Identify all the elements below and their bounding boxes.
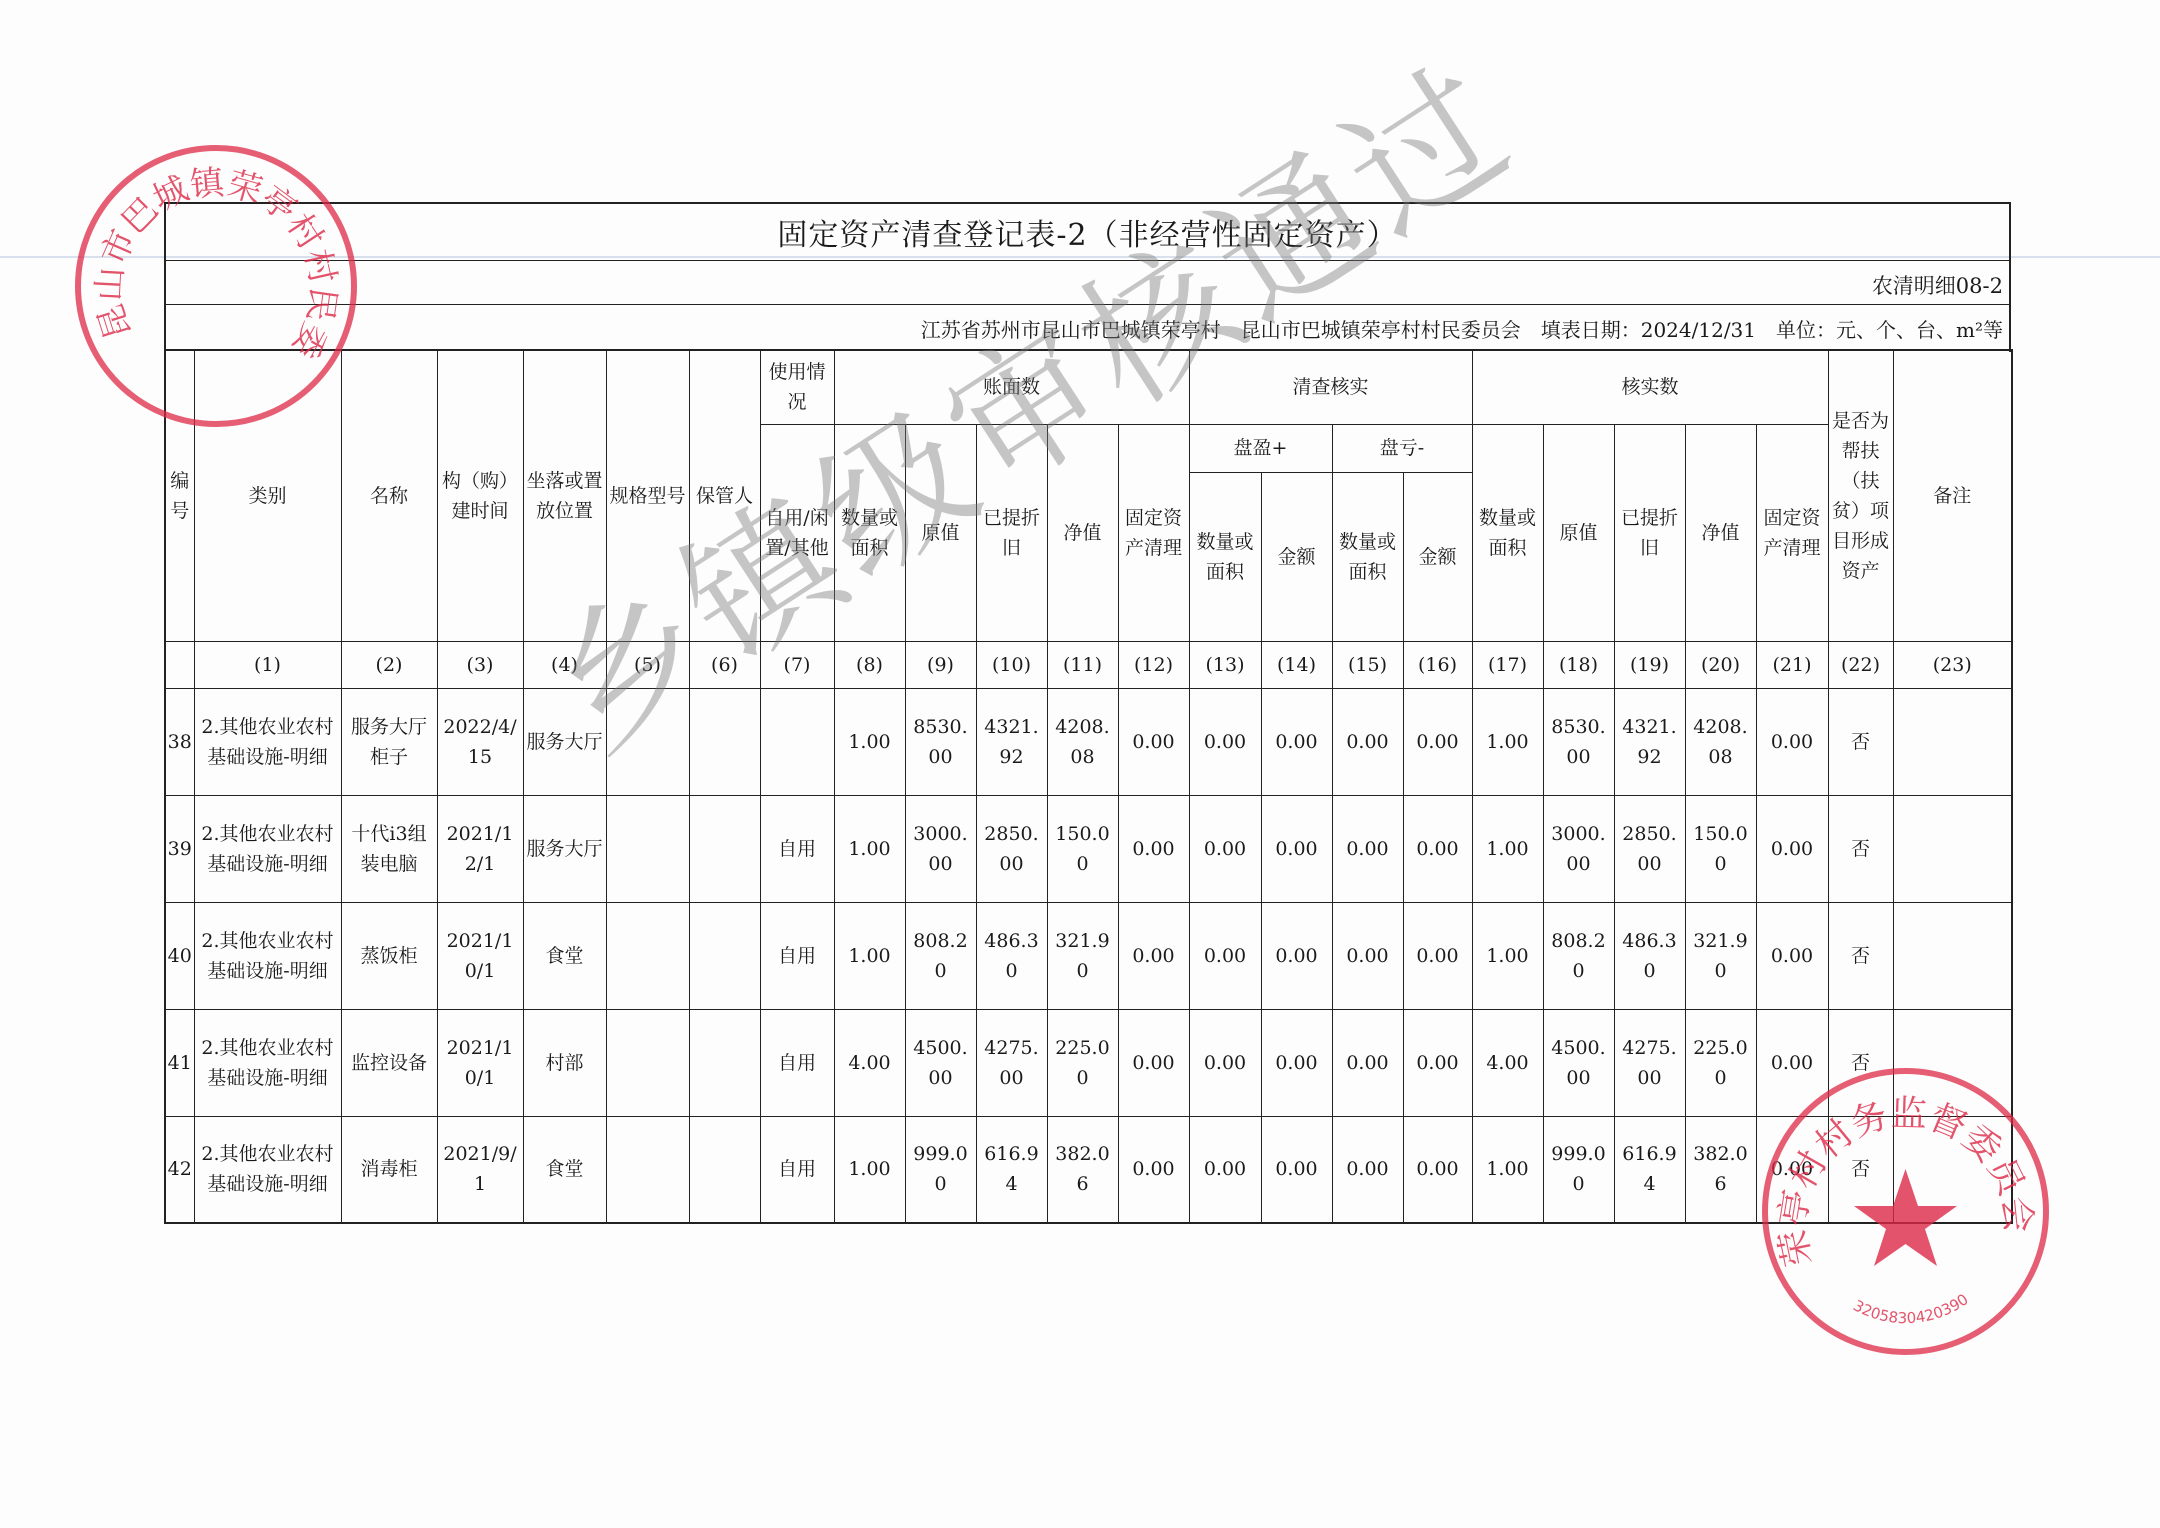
- cell-ver-clear: 0.00: [1756, 902, 1828, 1009]
- form-meta: 江苏省苏州市昆山市巴城镇荣亭村 昆山市巴城镇荣亭村村民委员会 填表日期：2024…: [164, 305, 2011, 352]
- cell-category: 2.其他农业农村基础设施-明细: [194, 795, 341, 902]
- cell-ver-clear: 0.00: [1756, 688, 1828, 795]
- cell-usage: 自用: [760, 902, 834, 1009]
- header-loss-amount: 金额: [1403, 472, 1472, 641]
- cell-book-original: 4500.00: [905, 1009, 976, 1116]
- cell-book-qty: 1.00: [834, 1116, 905, 1223]
- cell-keeper: [689, 1116, 760, 1223]
- table-row: 402.其他农业农村基础设施-明细蒸饭柜2021/10/1食堂自用1.00808…: [165, 902, 2012, 1009]
- cell-loss-qty: 0.00: [1332, 795, 1403, 902]
- column-number: (5): [606, 641, 689, 688]
- cell-ver-net: 4208.08: [1685, 688, 1756, 795]
- cell-spec: [606, 902, 689, 1009]
- cell-book-original: 999.00: [905, 1116, 976, 1223]
- cell-no: 41: [165, 1009, 194, 1116]
- column-number: (23): [1893, 641, 2012, 688]
- cell-poverty: 否: [1828, 1116, 1893, 1223]
- column-number: (10): [976, 641, 1047, 688]
- unit-label: 单位：元、个、台、m²等: [1776, 314, 2003, 343]
- column-number-blank: [165, 641, 194, 688]
- cell-book-depr: 4321.92: [976, 688, 1047, 795]
- cell-no: 42: [165, 1116, 194, 1223]
- cell-loss-amt: 0.00: [1403, 1009, 1472, 1116]
- cell-book-qty: 1.00: [834, 902, 905, 1009]
- cell-loss-amt: 0.00: [1403, 902, 1472, 1009]
- cell-gain-qty: 0.00: [1189, 688, 1261, 795]
- cell-no: 38: [165, 688, 194, 795]
- cell-category: 2.其他农业农村基础设施-明细: [194, 1009, 341, 1116]
- cell-build-time: 2021/9/1: [437, 1116, 523, 1223]
- cell-usage: 自用: [760, 1116, 834, 1223]
- cell-ver-net: 382.06: [1685, 1116, 1756, 1223]
- cell-book-depr: 4275.00: [976, 1009, 1047, 1116]
- header-category: 类别: [194, 350, 341, 641]
- header-keeper: 保管人: [689, 350, 760, 641]
- cell-location: 服务大厅: [523, 795, 606, 902]
- header-gain-qty: 数量或面积: [1189, 472, 1261, 641]
- cell-ver-clear: 0.00: [1756, 795, 1828, 902]
- cell-book-net: 4208.08: [1047, 688, 1118, 795]
- column-number: (7): [760, 641, 834, 688]
- cell-gain-amt: 0.00: [1261, 795, 1332, 902]
- cell-name: 蒸饭柜: [341, 902, 437, 1009]
- cell-ver-original: 3000.00: [1543, 795, 1614, 902]
- cell-name: 监控设备: [341, 1009, 437, 1116]
- cell-book-clear: 0.00: [1118, 1009, 1189, 1116]
- cell-remarks: [1893, 1009, 2012, 1116]
- cell-no: 39: [165, 795, 194, 902]
- cell-book-original: 8530.00: [905, 688, 976, 795]
- cell-category: 2.其他农业农村基础设施-明细: [194, 902, 341, 1009]
- cell-book-qty: 1.00: [834, 688, 905, 795]
- header-usage-group: 使用情况: [760, 350, 834, 424]
- cell-ver-net: 150.00: [1685, 795, 1756, 902]
- table-row: 412.其他农业农村基础设施-明细监控设备2021/10/1村部自用4.0045…: [165, 1009, 2012, 1116]
- cell-gain-qty: 0.00: [1189, 902, 1261, 1009]
- cell-book-net: 382.06: [1047, 1116, 1118, 1223]
- org-name: 昆山市巴城镇荣亭村村民委员会: [1241, 314, 1521, 343]
- cell-build-time: 2021/10/1: [437, 1009, 523, 1116]
- header-usage: 自用/闲置/其他: [760, 424, 834, 641]
- column-number: (8): [834, 641, 905, 688]
- org-location: 江苏省苏州市昆山市巴城镇荣亭村: [921, 314, 1221, 343]
- header-ver-original: 原值: [1543, 424, 1614, 641]
- cell-remarks: [1893, 688, 2012, 795]
- header-book-qty: 数量或面积: [834, 424, 905, 641]
- cell-loss-qty: 0.00: [1332, 1116, 1403, 1223]
- cell-ver-depr: 4275.00: [1614, 1009, 1685, 1116]
- cell-book-depr: 486.30: [976, 902, 1047, 1009]
- cell-no: 40: [165, 902, 194, 1009]
- column-number: (21): [1756, 641, 1828, 688]
- header-location: 坐落或置放位置: [523, 350, 606, 641]
- header-build-time: 构（购）建时间: [437, 350, 523, 641]
- cell-book-clear: 0.00: [1118, 795, 1189, 902]
- header-book-clear: 固定资产清理: [1118, 424, 1189, 641]
- cell-usage: 自用: [760, 1009, 834, 1116]
- header-poverty: 是否为帮扶（扶贫）项目形成资产: [1828, 350, 1893, 641]
- cell-ver-qty: 1.00: [1472, 902, 1543, 1009]
- column-number: (6): [689, 641, 760, 688]
- column-number: (22): [1828, 641, 1893, 688]
- cell-usage: 自用: [760, 795, 834, 902]
- cell-gain-qty: 0.00: [1189, 1009, 1261, 1116]
- header-ver-qty: 数量或面积: [1472, 424, 1543, 641]
- cell-keeper: [689, 795, 760, 902]
- cell-location: 村部: [523, 1009, 606, 1116]
- cell-book-net: 150.00: [1047, 795, 1118, 902]
- form-code: 农清明细08-2: [164, 261, 2011, 305]
- column-number: (16): [1403, 641, 1472, 688]
- form-code-text: 农清明细08-2: [1872, 270, 2003, 300]
- header-loss-group: 盘亏-: [1332, 424, 1472, 472]
- cell-ver-depr: 486.30: [1614, 902, 1685, 1009]
- cell-book-depr: 2850.00: [976, 795, 1047, 902]
- cell-poverty: 否: [1828, 902, 1893, 1009]
- header-gain-amount: 金额: [1261, 472, 1332, 641]
- cell-spec: [606, 688, 689, 795]
- cell-spec: [606, 795, 689, 902]
- header-ver-net: 净值: [1685, 424, 1756, 641]
- cell-ver-qty: 1.00: [1472, 795, 1543, 902]
- cell-loss-amt: 0.00: [1403, 688, 1472, 795]
- cell-poverty: 否: [1828, 795, 1893, 902]
- cell-loss-qty: 0.00: [1332, 1009, 1403, 1116]
- cell-remarks: [1893, 795, 2012, 902]
- cell-ver-depr: 2850.00: [1614, 795, 1685, 902]
- cell-ver-original: 999.00: [1543, 1116, 1614, 1223]
- cell-poverty: 否: [1828, 688, 1893, 795]
- cell-book-qty: 4.00: [834, 1009, 905, 1116]
- svg-text:3205830420390: 3205830420390: [1850, 1290, 1971, 1327]
- cell-build-time: 2021/10/1: [437, 902, 523, 1009]
- cell-spec: [606, 1116, 689, 1223]
- cell-ver-clear: 0.00: [1756, 1116, 1828, 1223]
- column-number: (11): [1047, 641, 1118, 688]
- header-gain-group: 盘盈+: [1189, 424, 1332, 472]
- column-number: (9): [905, 641, 976, 688]
- header-loss-qty: 数量或面积: [1332, 472, 1403, 641]
- cell-ver-qty: 4.00: [1472, 1009, 1543, 1116]
- cell-book-original: 3000.00: [905, 795, 976, 902]
- cell-keeper: [689, 902, 760, 1009]
- cell-book-clear: 0.00: [1118, 1116, 1189, 1223]
- cell-keeper: [689, 688, 760, 795]
- column-number: (12): [1118, 641, 1189, 688]
- cell-book-clear: 0.00: [1118, 902, 1189, 1009]
- cell-book-net: 225.00: [1047, 1009, 1118, 1116]
- asset-table: 编号 类别 名称 构（购）建时间 坐落或置放位置 规格型号 保管人 使用情况 账…: [164, 349, 2013, 1224]
- cell-loss-qty: 0.00: [1332, 688, 1403, 795]
- header-name: 名称: [341, 350, 437, 641]
- cell-location: 服务大厅: [523, 688, 606, 795]
- cell-book-net: 321.90: [1047, 902, 1118, 1009]
- cell-ver-net: 225.00: [1685, 1009, 1756, 1116]
- column-number: (3): [437, 641, 523, 688]
- cell-book-qty: 1.00: [834, 795, 905, 902]
- header-book-net: 净值: [1047, 424, 1118, 641]
- cell-remarks: [1893, 1116, 2012, 1223]
- header-check-group: 清查核实: [1189, 350, 1472, 424]
- cell-ver-clear: 0.00: [1756, 1009, 1828, 1116]
- header-remarks: 备注: [1893, 350, 2012, 641]
- cell-ver-original: 808.20: [1543, 902, 1614, 1009]
- table-row: 422.其他农业农村基础设施-明细消毒柜2021/9/1食堂自用1.00999.…: [165, 1116, 2012, 1223]
- header-ver-depr: 已提折旧: [1614, 424, 1685, 641]
- cell-name: 十代i3组装电脑: [341, 795, 437, 902]
- cell-spec: [606, 1009, 689, 1116]
- column-number: (17): [1472, 641, 1543, 688]
- cell-gain-qty: 0.00: [1189, 1116, 1261, 1223]
- header-spec: 规格型号: [606, 350, 689, 641]
- column-number: (14): [1261, 641, 1332, 688]
- column-number: (13): [1189, 641, 1261, 688]
- cell-build-time: 2021/12/1: [437, 795, 523, 902]
- cell-loss-amt: 0.00: [1403, 1116, 1472, 1223]
- cell-remarks: [1893, 902, 2012, 1009]
- cell-loss-qty: 0.00: [1332, 902, 1403, 1009]
- cell-keeper: [689, 1009, 760, 1116]
- cell-name: 消毒柜: [341, 1116, 437, 1223]
- cell-book-original: 808.20: [905, 902, 976, 1009]
- header-ver-clear: 固定资产清理: [1756, 424, 1828, 641]
- fill-date: 填表日期：2024/12/31: [1541, 314, 1756, 343]
- cell-book-depr: 616.94: [976, 1116, 1047, 1223]
- header-verified-group: 核实数: [1472, 350, 1828, 424]
- header-book-original: 原值: [905, 424, 976, 641]
- table-body: 382.其他农业农村基础设施-明细服务大厅柜子2022/4/15服务大厅1.00…: [165, 688, 2012, 1223]
- cell-location: 食堂: [523, 902, 606, 1009]
- column-number: (20): [1685, 641, 1756, 688]
- cell-poverty: 否: [1828, 1009, 1893, 1116]
- table-row: 382.其他农业农村基础设施-明细服务大厅柜子2022/4/15服务大厅1.00…: [165, 688, 2012, 795]
- cell-ver-qty: 1.00: [1472, 1116, 1543, 1223]
- column-number: (2): [341, 641, 437, 688]
- cell-gain-amt: 0.00: [1261, 1009, 1332, 1116]
- column-number: (19): [1614, 641, 1685, 688]
- cell-category: 2.其他农业农村基础设施-明细: [194, 688, 341, 795]
- column-number: (18): [1543, 641, 1614, 688]
- cell-gain-amt: 0.00: [1261, 1116, 1332, 1223]
- header-book-group: 账面数: [834, 350, 1189, 424]
- cell-gain-qty: 0.00: [1189, 795, 1261, 902]
- cell-gain-amt: 0.00: [1261, 902, 1332, 1009]
- cell-build-time: 2022/4/15: [437, 688, 523, 795]
- form-header: 固定资产清查登记表-2（非经营性固定资产） 农清明细08-2 江苏省苏州市昆山市…: [164, 202, 2011, 352]
- cell-gain-amt: 0.00: [1261, 688, 1332, 795]
- cell-ver-depr: 616.94: [1614, 1116, 1685, 1223]
- cell-ver-qty: 1.00: [1472, 688, 1543, 795]
- cell-ver-original: 4500.00: [1543, 1009, 1614, 1116]
- cell-usage: [760, 688, 834, 795]
- cell-name: 服务大厅柜子: [341, 688, 437, 795]
- cell-ver-original: 8530.00: [1543, 688, 1614, 795]
- column-number: (15): [1332, 641, 1403, 688]
- cell-location: 食堂: [523, 1116, 606, 1223]
- column-number: (1): [194, 641, 341, 688]
- table-row: 392.其他农业农村基础设施-明细十代i3组装电脑2021/12/1服务大厅自用…: [165, 795, 2012, 902]
- column-number-row: (1)(2)(3)(4)(5)(6)(7)(8)(9)(10)(11)(12)(…: [165, 641, 2012, 688]
- column-number: (4): [523, 641, 606, 688]
- cell-book-clear: 0.00: [1118, 688, 1189, 795]
- cell-loss-amt: 0.00: [1403, 795, 1472, 902]
- cell-ver-depr: 4321.92: [1614, 688, 1685, 795]
- page-title: 固定资产清查登记表-2（非经营性固定资产）: [164, 202, 2011, 261]
- cell-ver-net: 321.90: [1685, 902, 1756, 1009]
- header-book-depr: 已提折旧: [976, 424, 1047, 641]
- header-no: 编号: [165, 350, 194, 641]
- cell-category: 2.其他农业农村基础设施-明细: [194, 1116, 341, 1223]
